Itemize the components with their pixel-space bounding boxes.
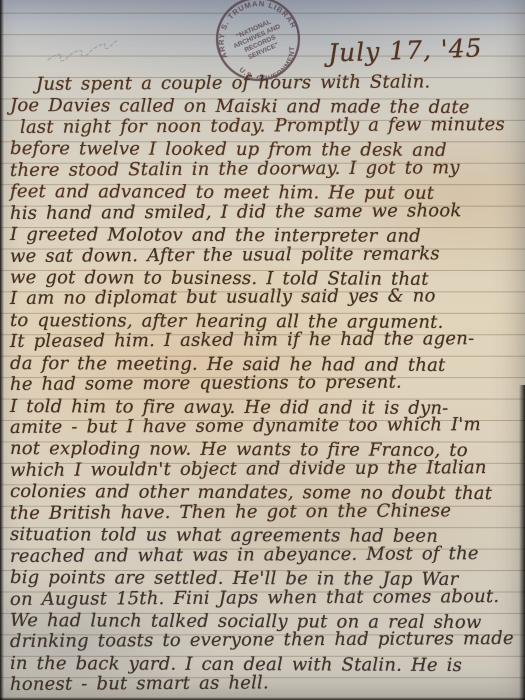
entry-date: July 17, '45 — [328, 33, 483, 67]
manuscript-line: honest - but smart as hell. — [6, 671, 521, 696]
manuscript-body: Just spent a couple of hours with Stalin… — [6, 74, 521, 696]
manuscript-line: last night for noon today. Promptly a fe… — [6, 114, 521, 139]
manuscript-line: It pleased him. I asked him if he had th… — [6, 328, 521, 353]
manuscript-line: amite - but I have some dynamite too whi… — [6, 414, 521, 439]
manuscript-line: Just spent a couple of hours with Stalin… — [6, 71, 521, 96]
pencil-scribble-icon — [42, 16, 120, 68]
manuscript-line: on August 15th. Fini Japs when that come… — [6, 585, 521, 610]
manuscript-line: we sat down. After the usual polite rema… — [6, 242, 521, 267]
manuscript-line: which I wouldn't object and divide up th… — [6, 457, 521, 482]
manuscript-line: drinking toasts to everyone then had pic… — [6, 628, 521, 653]
manuscript-line: I am no diplomat but usually said yes & … — [6, 285, 521, 310]
manuscript-line: his hand and smiled, I did the same we s… — [6, 199, 521, 224]
scanned-diary-page: HARRY S. TRUMAN LIBRARY U.S. GOVERNMENT … — [0, 0, 525, 700]
manuscript-line: there stood Stalin in the doorway. I got… — [6, 157, 521, 182]
manuscript-line: the British have. Then he got on the Chi… — [6, 500, 521, 525]
manuscript-line: reached and what was in abeyance. Most o… — [6, 542, 521, 567]
manuscript-line: he had some more questions to present. — [6, 371, 521, 396]
